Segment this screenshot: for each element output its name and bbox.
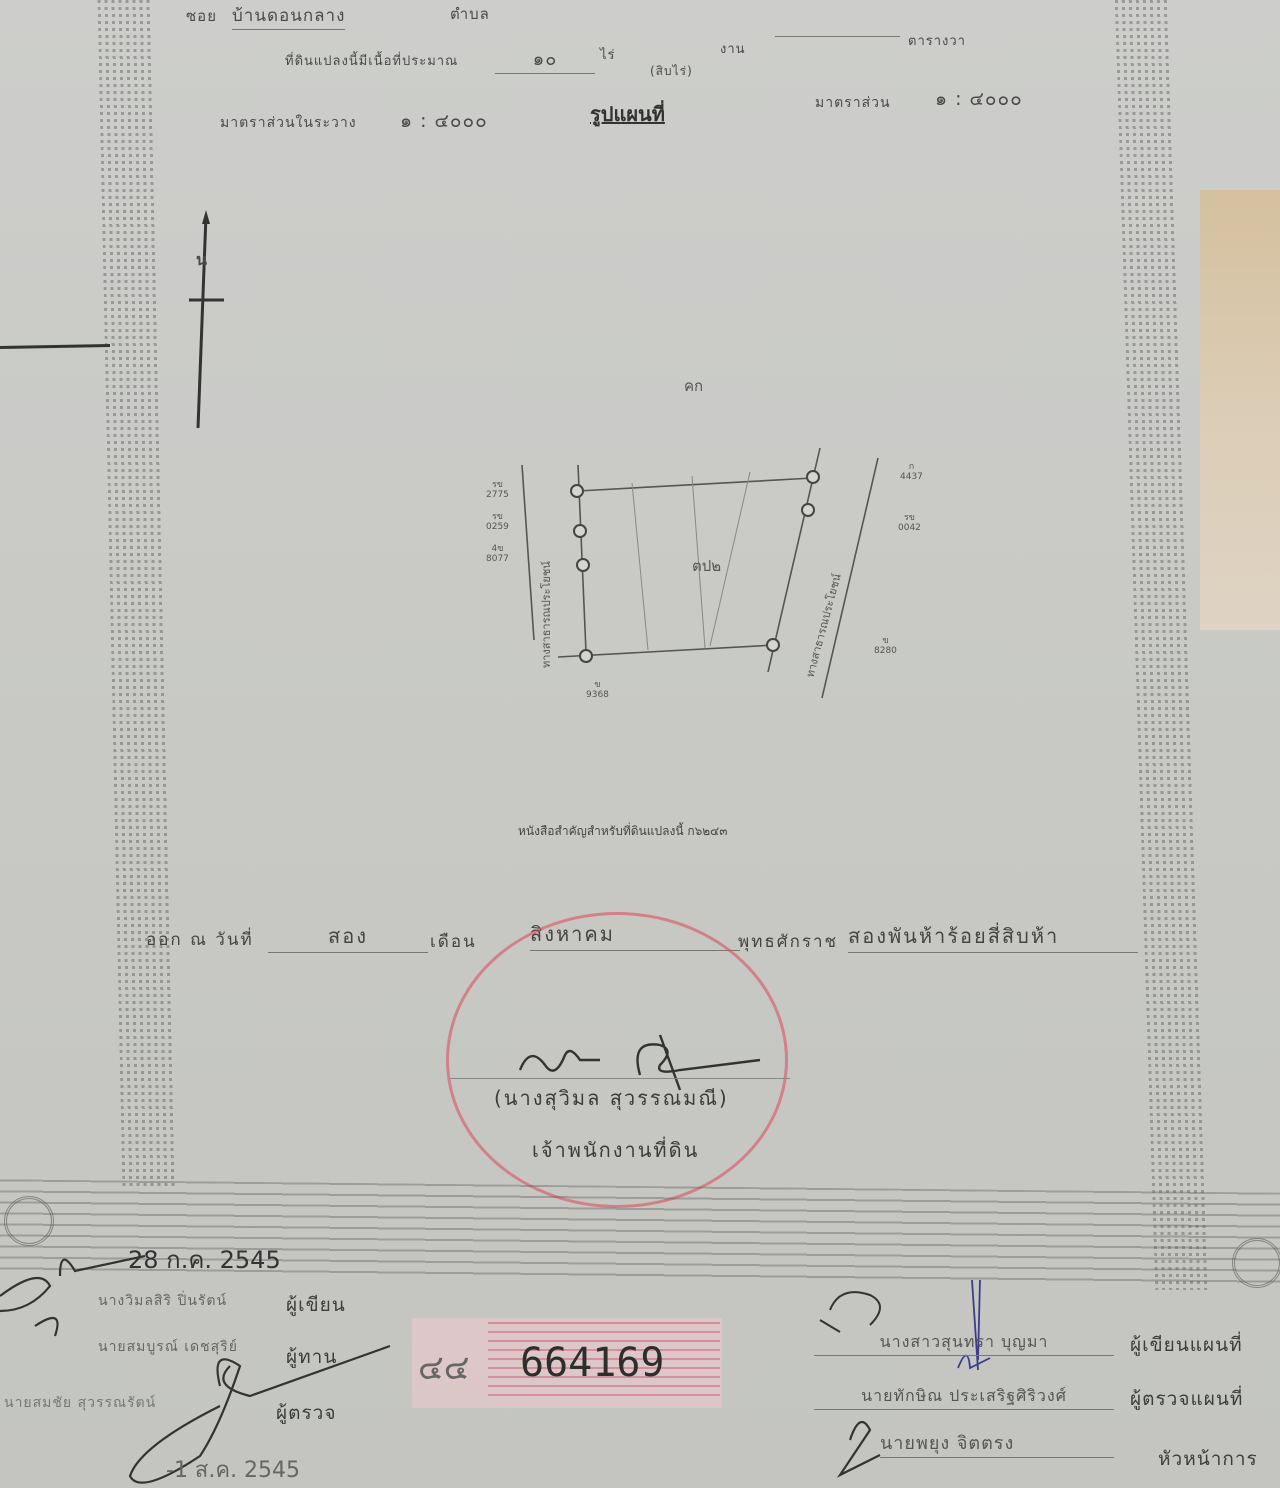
right-ornamental-border	[1115, 0, 1210, 1290]
rai-label: ไร่	[600, 44, 616, 65]
north-arrow-icon	[184, 210, 224, 430]
issue-date-prefix: ออก ณ วันที่	[146, 926, 254, 953]
area-rai-value: ๑๐	[495, 44, 595, 74]
marker-2775: รข2775	[486, 480, 509, 500]
inspector-role: ผู้ตรวจ	[276, 1398, 336, 1428]
left-signatures	[0, 1236, 400, 1488]
officer-signature	[500, 1030, 780, 1090]
officer-name: (นางสุวิมล สุวรรณมณี)	[494, 1082, 729, 1114]
marker-0042: รข0042	[898, 513, 921, 533]
document-title: รูปแผนที่	[590, 98, 665, 130]
parcel-label: ตป๒	[692, 554, 721, 578]
right-rosette-icon	[1232, 1238, 1280, 1288]
writer-role: ผู้เขียน	[286, 1290, 346, 1320]
marker-0259: รข0259	[486, 512, 509, 532]
scale-map-value: ๑ : ๔๐๐๐	[400, 106, 488, 136]
ngan-value	[775, 36, 900, 37]
area-label: ที่ดินแปลงนี้มีเนื้อที่ประมาณ	[285, 50, 458, 71]
marker-8280: ข8280	[874, 636, 897, 656]
tambon-label: ตำบล	[450, 2, 490, 26]
north-label: น	[196, 248, 207, 273]
year-label: พุทธศักราช	[738, 928, 838, 955]
adhesive-tape	[1200, 190, 1280, 630]
scale-map-label: มาตราส่วนในระวาง	[220, 112, 357, 134]
officer-title: เจ้าพนักงานที่ดิน	[532, 1134, 699, 1166]
issue-year: สองพันห้าร้อยสี่สิบห้า	[848, 920, 1138, 953]
issue-day: สอง	[268, 920, 428, 953]
marker-4437: ก4437	[900, 462, 923, 482]
signature-line	[450, 1078, 790, 1079]
inspector-name: นายสมชัย สุวรรณรัตน์	[4, 1392, 156, 1414]
marker-8077: 4ข8077	[486, 544, 509, 564]
left-ornamental-border	[98, 0, 177, 1190]
serial-prefix: ๔๔	[418, 1340, 469, 1394]
deed-reference-note: หนังสือสำคัญสำหรับที่ดินแปลงนี้ ก๖๒๔๓	[518, 822, 727, 841]
left-road-label: ทางสาธารณประโยชน์	[538, 498, 556, 668]
edge-line	[0, 344, 110, 349]
serial-number: 664169	[520, 1340, 665, 1386]
map-top-label: คก	[684, 374, 703, 398]
month-label: เดือน	[430, 928, 477, 955]
map-checker-role: ผู้ตรวจแผนที่	[1130, 1384, 1243, 1414]
chief-role: หัวหน้าการ	[1158, 1444, 1258, 1474]
soi-value: บ้านดอนกลาง	[232, 2, 345, 30]
deed-page: ซอย บ้านดอนกลาง ตำบล ที่ดินแปลงนี้มีเนื้…	[0, 0, 1280, 1488]
ngan-label: งาน	[720, 38, 746, 59]
signoff-date-bottom: -1 ส.ค. 2545	[166, 1452, 300, 1487]
area-note: (สิบไร่)	[650, 62, 693, 81]
scale-label: มาตราส่วน	[815, 92, 891, 114]
scale-value: ๑ : ๔๐๐๐	[935, 84, 1023, 114]
map-writer-role: ผู้เขียนแผนที่	[1130, 1330, 1243, 1360]
soi-label: ซอย	[186, 4, 217, 28]
wa-label: ตารางวา	[908, 30, 966, 51]
reviewer-name: นายสมบูรณ์ เดชสุริย์	[98, 1336, 238, 1358]
map-checker-name: นายทักษิณ ประเสริฐศิริวงศ์	[814, 1384, 1114, 1410]
map-writer-name: นางสาวสุนทรา บุญมา	[814, 1330, 1114, 1356]
marker-9368: ข9368	[586, 680, 609, 700]
chief-name: นายพยุง จิตตรง	[880, 1428, 1114, 1458]
writer-name: นางวิมลสิริ ปิ่นรัตน์	[98, 1290, 227, 1312]
reviewer-role: ผู้ทาน	[286, 1342, 337, 1372]
